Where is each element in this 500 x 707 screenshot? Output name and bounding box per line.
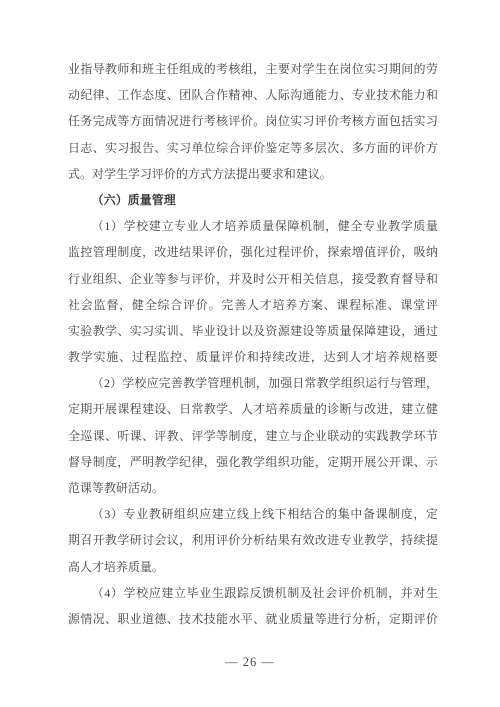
text-line: 实验教学、实习实训、毕业设计以及资源建设等质量保障建设，通过 — [68, 318, 438, 344]
text-line: 动纪律、工作态度、团队合作精神、人际沟通能力、专业技术能力和 — [68, 82, 438, 108]
text-line: （1）学校建立专业人才培养质量保障机制，健全专业教学质量 — [68, 213, 438, 239]
text-line: 期召开教学研讨会议，利用评价分析结果有效改进专业教学，持续提 — [68, 527, 438, 553]
document-page: 业指导教师和班主任组成的考核组，主要对学生在岗位实习期间的劳动纪律、工作态度、团… — [0, 0, 500, 707]
section-heading-quality-management: （六）质量管理 — [68, 187, 438, 213]
text-line: 业指导教师和班主任组成的考核组，主要对学生在岗位实习期间的劳 — [68, 56, 438, 82]
text-line: 监控管理制度，改进结果评价，强化过程评价，探索增值评价，吸纳 — [68, 239, 438, 265]
text-line: 源情况、职业道德、技术技能水平、就业质量等进行分析，定期评价 — [68, 606, 438, 632]
text-line: 社会监督，健全综合评价。完善人才培养方案、课程标准、课堂评价、 — [68, 292, 438, 318]
text-line: 定期开展课程建设、日常教学、人才培养质量的诊断与改进，建立健 — [68, 396, 438, 422]
paragraph-item-2: （2）学校应完善教学管理机制，加强日常教学组织运行与管理，定期开展课程建设、日常… — [68, 370, 438, 501]
paragraph-item-1: （1）学校建立专业人才培养质量保障机制，健全专业教学质量监控管理制度，改进结果评… — [68, 213, 438, 370]
text-line: 任务完成等方面情况进行考核评价。岗位实习评价考核方面包括实习 — [68, 108, 438, 134]
text-line: 督导制度，严明教学纪律，强化教学组织功能，定期开展公开课、示 — [68, 449, 438, 475]
paragraph-item-3: （3）专业教研组织应建立线上线下相结合的集中备课制度，定期召开教学研讨会议，利用… — [68, 501, 438, 580]
text-line: （六）质量管理 — [68, 187, 438, 213]
text-line: （3）专业教研组织应建立线上线下相结合的集中备课制度，定 — [68, 501, 438, 527]
text-line: 行业组织、企业等参与评价，并及时公开相关信息，接受教育督导和 — [68, 266, 438, 292]
paragraph-item-4: （4）学校应建立毕业生跟踪反馈机制及社会评价机制，并对生源情况、职业道德、技术技… — [68, 580, 438, 632]
text-line: 高人才培养质量。 — [68, 554, 438, 580]
text-line: 日志、实习报告、实习单位综合评价鉴定等多层次、多方面的评价方 — [68, 135, 438, 161]
paragraph-internship-evaluation: 业指导教师和班主任组成的考核组，主要对学生在岗位实习期间的劳动纪律、工作态度、团… — [68, 56, 438, 187]
text-line: 范课等教研活动。 — [68, 475, 438, 501]
text-line: 式。对学生学习评价的方式方法提出要求和建议。 — [68, 161, 438, 187]
text-line: 全巡课、听课、评教、评学等制度，建立与企业联动的实践教学环节 — [68, 423, 438, 449]
text-line: 教学实施、过程监控、质量评价和持续改进，达到人才培养规格要求。 — [68, 344, 438, 370]
document-body: 业指导教师和班主任组成的考核组，主要对学生在岗位实习期间的劳动纪律、工作态度、团… — [68, 56, 438, 632]
text-line: （2）学校应完善教学管理机制，加强日常教学组织运行与管理， — [68, 370, 438, 396]
page-number: — 26 — — [0, 655, 500, 670]
text-line: （4）学校应建立毕业生跟踪反馈机制及社会评价机制，并对生 — [68, 580, 438, 606]
